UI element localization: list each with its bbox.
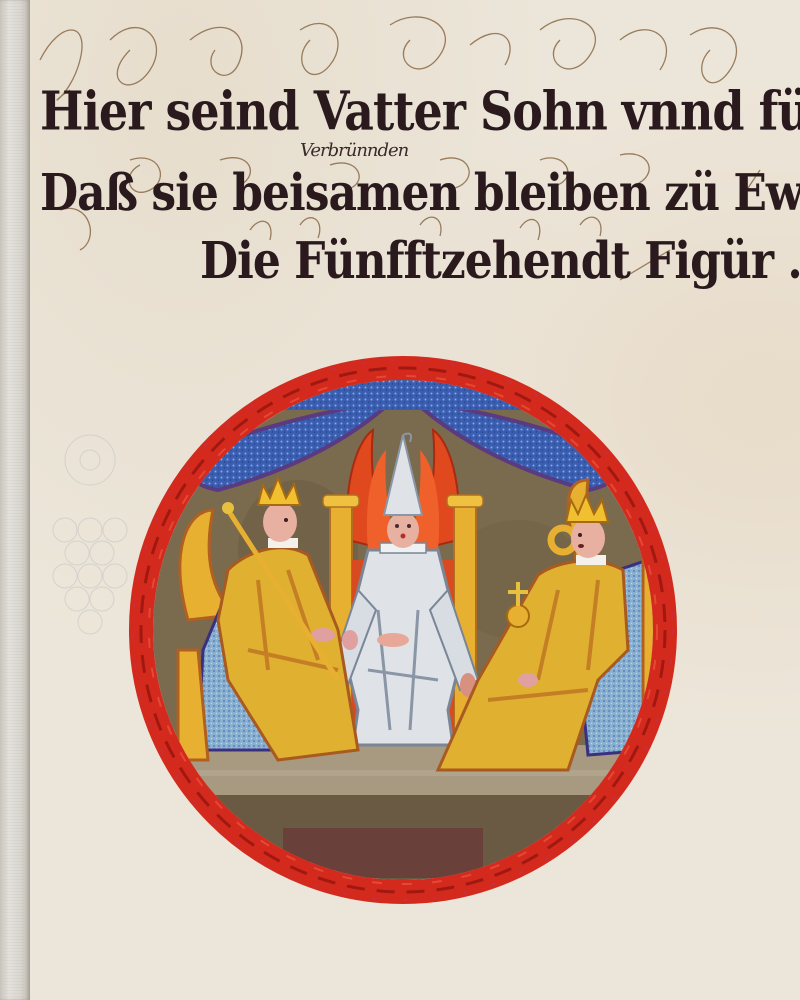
book-binding-edge — [0, 0, 30, 1000]
interlinear-insertion: Verbrünnden — [300, 140, 408, 161]
manuscript-text-line-3: Die Fünfftzehendt Figür ../. — [200, 232, 800, 291]
roundel-interior — [118, 350, 688, 910]
manuscript-text-line-1: Hier seind Vatter Sohn vnnd fürer in ein — [40, 80, 800, 142]
manuscript-text-line-2: Daß sie beisamen bleiben zü Ewigen ständ… — [40, 164, 800, 223]
figure-caption: Die Fünfftzehendt Figür . — [200, 232, 800, 291]
illuminated-roundel — [118, 350, 688, 910]
